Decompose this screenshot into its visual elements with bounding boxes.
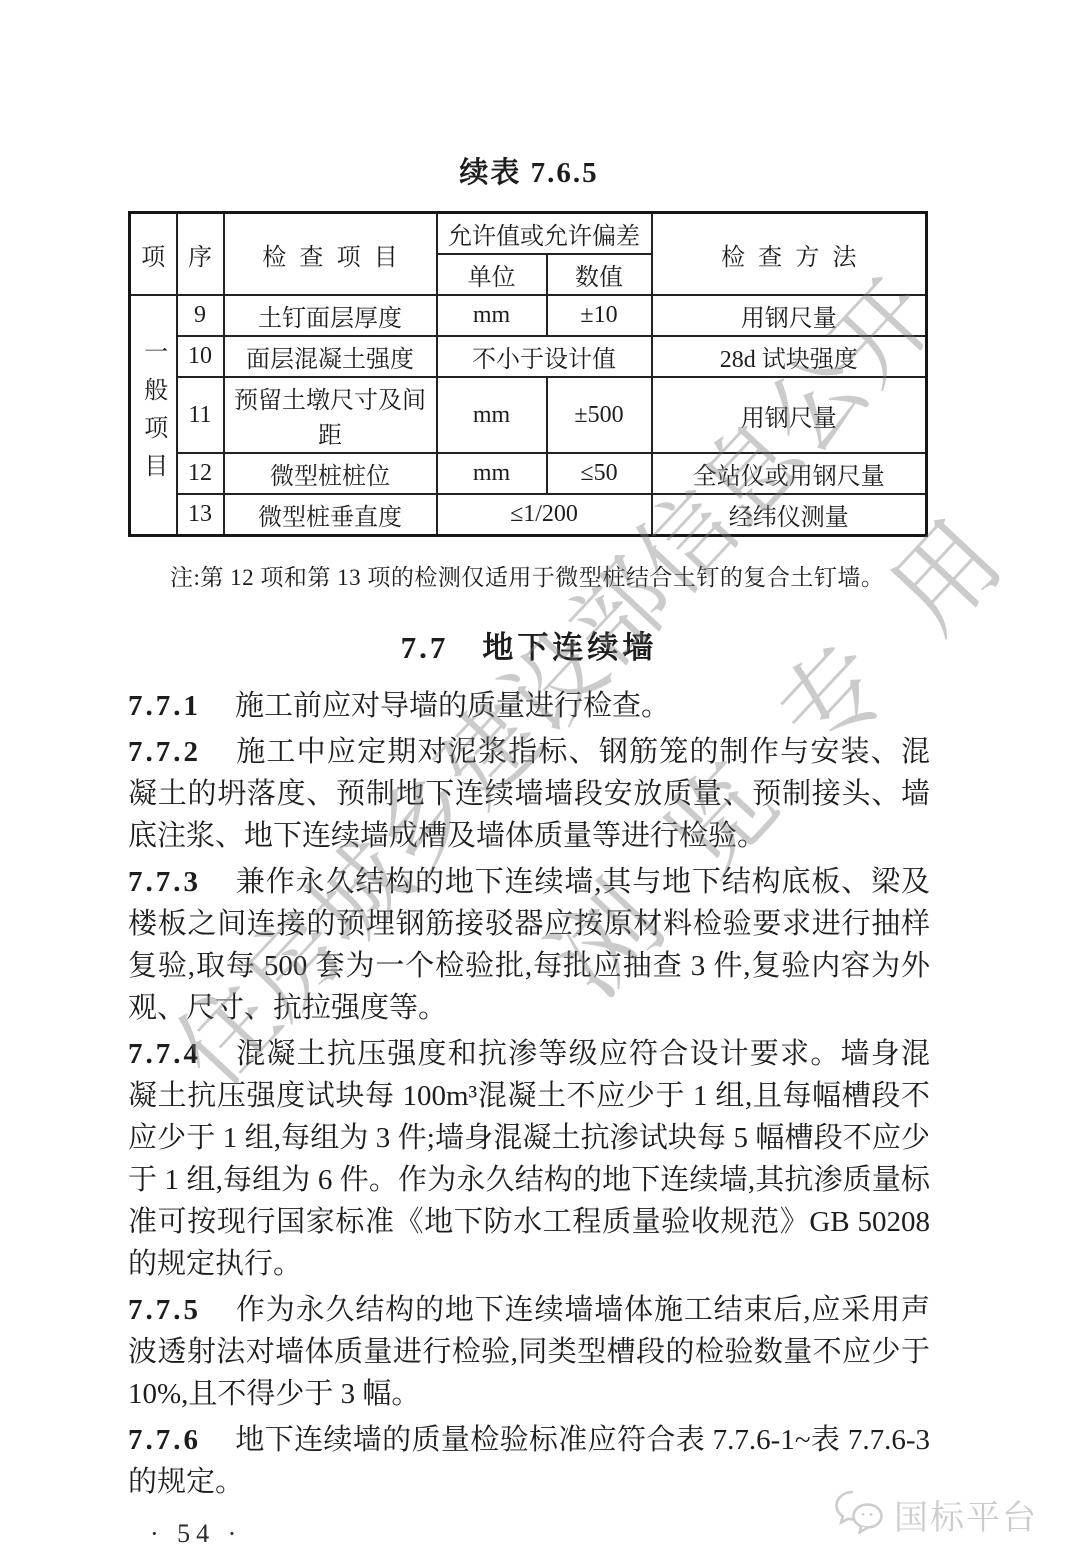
cell-seq: 11 <box>177 377 224 453</box>
clause-number: 7.7.6 <box>128 1424 235 1456</box>
cell-value: ≤50 <box>547 453 652 494</box>
section-title: 地下连续墙 <box>482 630 657 665</box>
cell-merged-value: ≤1/200 <box>437 494 652 536</box>
cell-seq: 13 <box>177 494 224 536</box>
cell-value: ±500 <box>547 377 652 453</box>
row-group-label: 一般项目 <box>130 295 177 536</box>
table-row: 12 微型桩桩位 mm ≤50 全站仪或用钢尺量 <box>130 453 927 494</box>
table-row: 13 微型桩垂直度 ≤1/200 经纬仪测量 <box>130 494 927 536</box>
cell-seq: 10 <box>177 336 224 377</box>
table-header-row-1: 项 序 检查项目 允许值或允许偏差 检查方法 <box>130 213 927 255</box>
cell-item: 微型桩桩位 <box>224 453 437 494</box>
cell-method: 经纬仪测量 <box>652 494 927 536</box>
cell-item: 预留土墩尺寸及间距 <box>224 377 437 453</box>
clause-number: 7.7.1 <box>128 690 235 722</box>
cell-unit: mm <box>437 295 547 336</box>
cell-unit: mm <box>437 453 547 494</box>
clause-7-7-4: 7.7.4混凝土抗压强度和抗渗等级应符合设计要求。墙身混凝土抗压强度试块每 10… <box>128 1033 930 1285</box>
header-allow-value: 允许值或允许偏差 <box>437 213 652 255</box>
clause-text: 地下连续墙的质量检验标准应符合表 7.7.6-1~表 7.7.6-3 的规定。 <box>128 1424 930 1498</box>
cell-method: 全站仪或用钢尺量 <box>652 453 927 494</box>
cell-merged-value: 不小于设计值 <box>437 336 652 377</box>
header-item-group: 项 <box>130 213 177 296</box>
header-seq: 序 <box>177 213 224 296</box>
cell-method: 28d 试块强度 <box>652 336 927 377</box>
header-method: 检查方法 <box>652 213 927 296</box>
cell-seq: 12 <box>177 453 224 494</box>
cell-value: ±10 <box>547 295 652 336</box>
table-note: 注:第 12 项和第 13 项的检测仅适用于微型桩结合土钉的复合土钉墙。 <box>170 559 930 592</box>
section-number: 7.7 <box>401 630 449 665</box>
page-number: · 54 · <box>150 1519 930 1549</box>
chat-bubbles-icon <box>834 1490 884 1539</box>
footer-brand-text: 国标平台 <box>894 1490 1038 1539</box>
clause-text: 作为永久结构的地下连续墙墙体施工结束后,应采用声波透射法对墙体质量进行检验,同类… <box>128 1294 930 1410</box>
clause-number: 7.7.5 <box>128 1294 235 1326</box>
clause-text: 施工前应对导墙的质量进行检查。 <box>235 690 670 722</box>
clause-number: 7.7.3 <box>128 866 235 898</box>
document-page: 住房城乡建设部信息公开 浏览专用 续表 7.6.5 项 序 检查项目 允许值或允… <box>0 0 1080 1566</box>
page-content: 续表 7.6.5 项 序 检查项目 允许值或允许偏差 检查方法 单位 数值 <box>0 0 1080 1549</box>
table-row: 11 预留土墩尺寸及间距 mm ±500 用钢尺量 <box>130 377 927 453</box>
header-check-item: 检查项目 <box>224 213 437 296</box>
table-row: 一般项目 9 土钉面层厚度 mm ±10 用钢尺量 <box>130 295 927 336</box>
footer-brand: 国标平台 <box>834 1490 1038 1539</box>
clause-number: 7.7.2 <box>128 736 235 768</box>
clause-number: 7.7.4 <box>128 1038 235 1070</box>
section-heading: 7.7地下连续墙 <box>128 622 930 667</box>
clause-7-7-1: 7.7.1施工前应对导墙的质量进行检查。 <box>128 685 930 727</box>
cell-method: 用钢尺量 <box>652 377 927 453</box>
clause-7-7-3: 7.7.3兼作永久结构的地下连续墙,其与地下结构底板、梁及楼板之间连接的预埋钢筋… <box>128 861 930 1029</box>
cell-item: 面层混凝土强度 <box>224 336 437 377</box>
table-title: 续表 7.6.5 <box>128 150 930 191</box>
header-unit: 单位 <box>437 254 547 295</box>
header-value: 数值 <box>547 254 652 295</box>
cell-item: 土钉面层厚度 <box>224 295 437 336</box>
cell-seq: 9 <box>177 295 224 336</box>
clause-text: 施工中应定期对泥浆指标、钢筋笼的制作与安装、混凝土的坍落度、预制地下连续墙墙段安… <box>128 736 930 852</box>
cell-unit: mm <box>437 377 547 453</box>
cell-method: 用钢尺量 <box>652 295 927 336</box>
clause-7-7-5: 7.7.5作为永久结构的地下连续墙墙体施工结束后,应采用声波透射法对墙体质量进行… <box>128 1289 930 1415</box>
clause-text: 混凝土抗压强度和抗渗等级应符合设计要求。墙身混凝土抗压强度试块每 100m³混凝… <box>128 1038 930 1280</box>
inspection-table: 项 序 检查项目 允许值或允许偏差 检查方法 单位 数值 一般项目 9 土钉面层… <box>128 211 928 537</box>
table-row: 10 面层混凝土强度 不小于设计值 28d 试块强度 <box>130 336 927 377</box>
cell-item: 微型桩垂直度 <box>224 494 437 536</box>
clause-7-7-2: 7.7.2施工中应定期对泥浆指标、钢筋笼的制作与安装、混凝土的坍落度、预制地下连… <box>128 731 930 857</box>
clause-text: 兼作永久结构的地下连续墙,其与地下结构底板、梁及楼板之间连接的预埋钢筋接驳器应按… <box>128 866 930 1024</box>
clause-7-7-6: 7.7.6地下连续墙的质量检验标准应符合表 7.7.6-1~表 7.7.6-3 … <box>128 1419 930 1503</box>
